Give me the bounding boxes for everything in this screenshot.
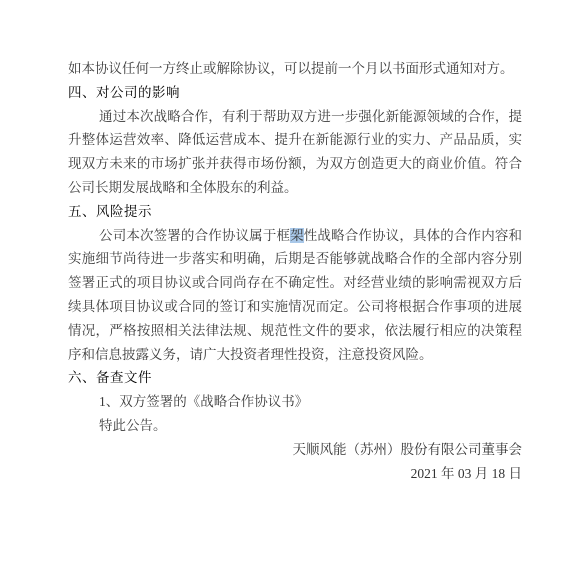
announcement-page: 如本协议任何一方终止或解除协议，可以提前一个月以书面形式通知对方。 四、对公司的…: [0, 0, 581, 582]
signature-date-line: 2021 年 03 月 18 日: [68, 462, 522, 486]
section-risk-paragraph: 公司本次签署的合作协议属于框架性战略合作协议，具体的合作内容和实施细节尚待进一步…: [68, 224, 522, 367]
section-impact-heading: 四、对公司的影响: [68, 81, 522, 105]
search-highlight-match: 架: [290, 228, 304, 243]
closing-statement: 特此公告。: [68, 414, 522, 438]
section-documents-heading: 六、备查文件: [68, 366, 522, 390]
section-risk-heading: 五、风险提示: [68, 200, 522, 224]
termination-notice-paragraph: 如本协议任何一方终止或解除协议，可以提前一个月以书面形式通知对方。: [68, 57, 522, 81]
risk-text-after-highlight: 性战略合作协议，具体的合作内容和实施细节尚待进一步落实和明确，后期是否能够就战略…: [68, 228, 522, 362]
reference-document-item: 1、双方签署的《战略合作协议书》: [68, 390, 522, 414]
section-impact-paragraph: 通过本次战略合作，有利于帮助双方进一步强化新能源领域的合作，提升整体运营效率、降…: [68, 105, 522, 200]
signature-company-line: 天顺风能（苏州）股份有限公司董事会: [68, 438, 522, 462]
risk-text-before-highlight: 公司本次签署的合作协议属于框: [99, 228, 290, 243]
